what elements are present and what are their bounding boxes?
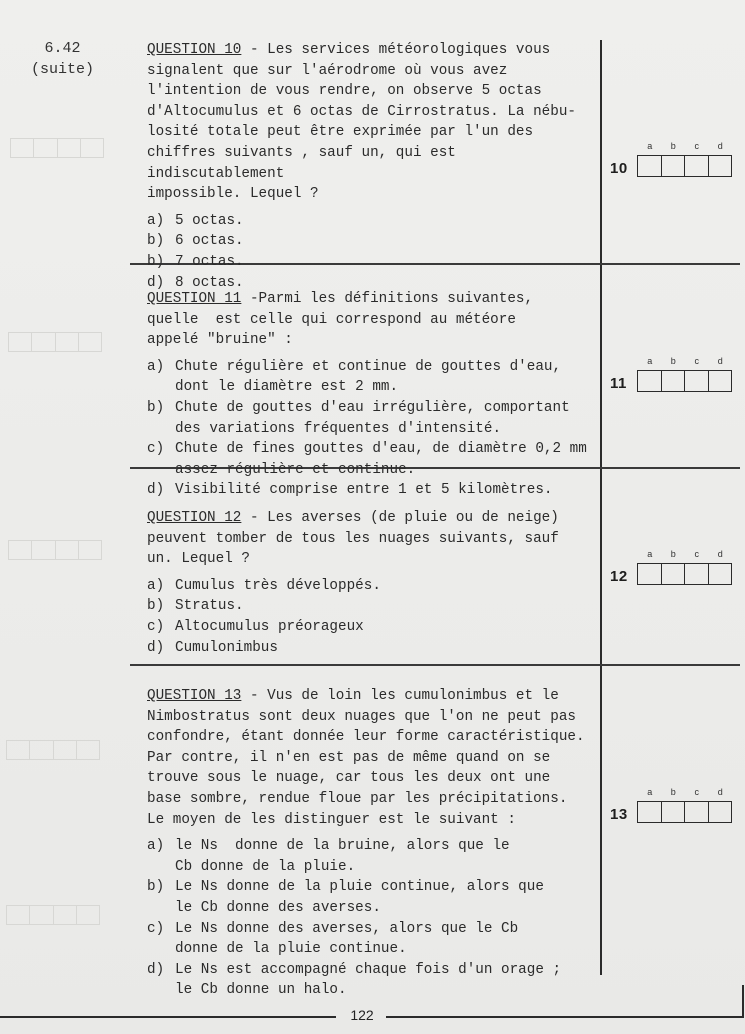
answer-box-a[interactable]: [638, 371, 662, 391]
question-12: QUESTION 12 - Les averses (de pluie ou d…: [147, 508, 597, 658]
bleed-through-grid: [10, 138, 104, 158]
footer-rule-left: [0, 1016, 336, 1018]
option-d[interactable]: d)Visibilité comprise entre 1 et 5 kilom…: [147, 480, 597, 501]
answer-boxes: [637, 801, 732, 823]
section-number: 6.42: [20, 38, 105, 59]
answer-box-d[interactable]: [709, 564, 732, 584]
grid-question-number: 13: [610, 806, 628, 823]
grid-labels: abcd: [638, 356, 732, 366]
answer-grid-12: 12 abcd: [608, 549, 738, 593]
option-b[interactable]: b)Le Ns donne de la pluie continue, alor…: [147, 877, 597, 918]
answer-box-a[interactable]: [638, 564, 662, 584]
question-separator: [130, 664, 740, 666]
section-continuation: (suite): [20, 59, 105, 80]
option-list: a)Chute régulière et continue de gouttes…: [147, 357, 597, 501]
question-stem: QUESTION 11 -Parmi les définitions suiva…: [147, 289, 597, 351]
question-stem: QUESTION 13 - Vus de loin les cumulonimb…: [147, 686, 597, 830]
answer-box-a[interactable]: [638, 802, 662, 822]
answer-box-d[interactable]: [709, 802, 732, 822]
question-stem: QUESTION 12 - Les averses (de pluie ou d…: [147, 508, 597, 570]
bleed-through-grid: [8, 540, 102, 560]
option-b[interactable]: b)Chute de gouttes d'eau irrégulière, co…: [147, 398, 597, 439]
option-list: a)5 octas. b)6 octas. b)7 octas. d)8 oct…: [147, 211, 597, 293]
grid-labels: abcd: [638, 141, 732, 151]
question-stem: QUESTION 10 - Les services météorologiqu…: [147, 40, 597, 205]
grid-labels: abcd: [638, 549, 732, 559]
question-13: QUESTION 13 - Vus de loin les cumulonimb…: [147, 686, 597, 1001]
question-label: QUESTION 11: [147, 291, 241, 307]
grid-question-number: 11: [610, 375, 627, 392]
grid-question-number: 12: [610, 568, 628, 585]
option-list: a)Cumulus très développés. b)Stratus. c)…: [147, 576, 597, 658]
scanned-page: 6.42 (suite) QUESTION 10 - Les services …: [0, 0, 745, 1034]
answer-box-d[interactable]: [709, 156, 732, 176]
question-label: QUESTION 10: [147, 42, 241, 58]
answer-box-b[interactable]: [662, 564, 686, 584]
answer-grid-13: 13 abcd: [608, 787, 738, 831]
option-b[interactable]: b)Stratus.: [147, 596, 597, 617]
option-a[interactable]: a)Cumulus très développés.: [147, 576, 597, 597]
answer-box-a[interactable]: [638, 156, 662, 176]
question-10: QUESTION 10 - Les services météorologiqu…: [147, 40, 597, 293]
option-a[interactable]: a)le Ns donne de la bruine, alors que le…: [147, 836, 597, 877]
option-c[interactable]: c)Altocumulus préorageux: [147, 617, 597, 638]
answer-grid-11: 11 abcd: [608, 356, 738, 400]
option-c[interactable]: c)Chute de fines gouttes d'eau, de diamè…: [147, 439, 597, 480]
bleed-through-grid: [8, 332, 102, 352]
question-label: QUESTION 13: [147, 688, 241, 704]
grid-labels: abcd: [638, 787, 732, 797]
answer-box-c[interactable]: [685, 371, 709, 391]
option-a[interactable]: a)5 octas.: [147, 211, 597, 232]
bleed-through-grid: [6, 740, 100, 760]
option-c[interactable]: c)Le Ns donne des averses, alors que le …: [147, 919, 597, 960]
answer-box-b[interactable]: [662, 371, 686, 391]
option-b[interactable]: b)6 octas.: [147, 231, 597, 252]
answer-box-c[interactable]: [685, 564, 709, 584]
answer-boxes: [637, 370, 732, 392]
answer-box-b[interactable]: [662, 156, 686, 176]
answer-box-d[interactable]: [709, 371, 732, 391]
option-c[interactable]: b)7 octas.: [147, 252, 597, 273]
answer-box-c[interactable]: [685, 802, 709, 822]
section-number-block: 6.42 (suite): [20, 38, 105, 80]
option-a[interactable]: a)Chute régulière et continue de gouttes…: [147, 357, 597, 398]
answer-grid-10: 10 abcd: [608, 141, 738, 185]
grid-question-number: 10: [610, 160, 628, 177]
question-11: QUESTION 11 -Parmi les définitions suiva…: [147, 289, 597, 501]
footer-rule-end: [742, 985, 744, 1018]
bleed-through-grid: [6, 905, 100, 925]
vertical-divider: [600, 40, 602, 975]
page-number: 122: [340, 1007, 384, 1023]
option-d[interactable]: d)Cumulonimbus: [147, 638, 597, 659]
question-label: QUESTION 12: [147, 510, 241, 526]
option-d[interactable]: d)Le Ns est accompagné chaque fois d'un …: [147, 960, 597, 1001]
answer-box-c[interactable]: [685, 156, 709, 176]
answer-boxes: [637, 563, 732, 585]
footer-rule-right: [386, 1016, 744, 1018]
option-list: a)le Ns donne de la bruine, alors que le…: [147, 836, 597, 1001]
answer-box-b[interactable]: [662, 802, 686, 822]
answer-boxes: [637, 155, 732, 177]
